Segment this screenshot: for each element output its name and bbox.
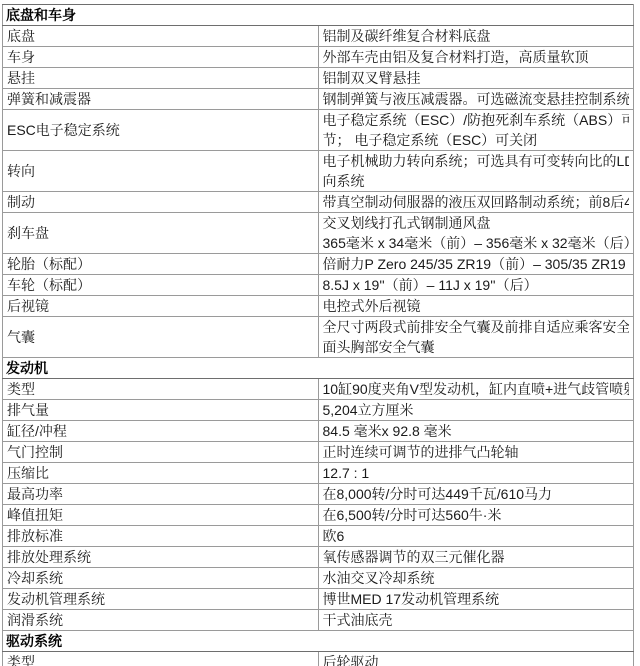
spec-value: 在6,500转/分时可达560牛·米: [318, 505, 634, 526]
table-row: 缸径/冲程84.5 毫米x 92.8 毫米: [3, 421, 634, 442]
table-row: 峰值扭矩在6,500转/分时可达560牛·米: [3, 505, 634, 526]
spec-value: 全尺寸两段式前排安全气囊及前排自适应乘客安全气囊；座椅配备侧面头胸部安全气囊: [318, 317, 634, 358]
spec-value: 交叉划线打孔式钢制通风盘365毫米 x 34毫米（前）– 356毫米 x 32毫…: [318, 213, 634, 254]
spec-value: 带真空制动伺服器的液压双回路制动系统；前8后4活塞铝制卡钳: [318, 192, 634, 213]
table-row: 排放标准欧6: [3, 526, 634, 547]
spec-value-line: 钢制弹簧与液压减震器。可选磁流变悬挂控制系统: [323, 89, 630, 109]
spec-label: 类型: [3, 379, 319, 400]
section-title: 底盘和车身: [3, 5, 634, 26]
spec-value-line: 欧6: [323, 526, 630, 546]
spec-value-line: 5,204立方厘米: [323, 400, 630, 420]
section-header-row: 驱动系统: [3, 631, 634, 652]
spec-value: 84.5 毫米x 92.8 毫米: [318, 421, 634, 442]
spec-label: 润滑系统: [3, 610, 319, 631]
spec-value: 欧6: [318, 526, 634, 547]
spec-label: 刹车盘: [3, 213, 319, 254]
spec-table-body: 底盘和车身底盘铝制及碳纤维复合材料底盘车身外部车壳由铝及复合材料打造，高质量软顶…: [3, 5, 634, 666]
spec-value-line: 在8,000转/分时可达449千瓦/610马力: [323, 484, 630, 504]
spec-value-line: 干式油底壳: [323, 610, 630, 630]
spec-value: 钢制弹簧与液压减震器。可选磁流变悬挂控制系统: [318, 89, 634, 110]
spec-value-line: 铝制双叉臂悬挂: [323, 68, 630, 88]
spec-label: 气囊: [3, 317, 319, 358]
spec-value-line: 10缸90度夹角V型发动机，缸内直喷+进气歧管喷射: [323, 379, 630, 399]
spec-value: 正时连续可调节的进排气凸轮轴: [318, 442, 634, 463]
table-row: 车轮（标配）8.5J x 19''（前）– 11J x 19''（后）: [3, 275, 634, 296]
spec-label: 弹簧和减震器: [3, 89, 319, 110]
spec-value-line: 倍耐力P Zero 245/35 ZR19（前）– 305/35 ZR19（后）: [323, 254, 630, 274]
spec-value: 水油交叉冷却系统: [318, 568, 634, 589]
spec-value: 干式油底壳: [318, 610, 634, 631]
table-row: 排放处理系统氧传感器调节的双三元催化器: [3, 547, 634, 568]
spec-sheet-page: 底盘和车身底盘铝制及碳纤维复合材料底盘车身外部车壳由铝及复合材料打造，高质量软顶…: [0, 0, 640, 666]
spec-value-line: 12.7 : 1: [323, 463, 630, 483]
spec-label: 冷却系统: [3, 568, 319, 589]
spec-value: 电子机械助力转向系统；可选具有可变转向比的LDS兰博基尼动态转向系统: [318, 151, 634, 192]
spec-label: 最高功率: [3, 484, 319, 505]
spec-value: 后轮驱动: [318, 652, 634, 666]
spec-value: 倍耐力P Zero 245/35 ZR19（前）– 305/35 ZR19（后）: [318, 254, 634, 275]
table-row: 气门控制正时连续可调节的进排气凸轮轴: [3, 442, 634, 463]
spec-value-line: 电控式外后视镜: [323, 296, 630, 316]
spec-label: 制动: [3, 192, 319, 213]
table-row: 制动带真空制动伺服器的液压双回路制动系统；前8后4活塞铝制卡钳: [3, 192, 634, 213]
table-row: 冷却系统水油交叉冷却系统: [3, 568, 634, 589]
spec-value: 外部车壳由铝及复合材料打造，高质量软顶: [318, 47, 634, 68]
spec-value-line: 氧传感器调节的双三元催化器: [323, 547, 630, 567]
table-row: 最高功率在8,000转/分时可达449千瓦/610马力: [3, 484, 634, 505]
spec-value-line: 水油交叉冷却系统: [323, 568, 630, 588]
spec-label: ESC电子稳定系统: [3, 110, 319, 151]
spec-value: 10缸90度夹角V型发动机，缸内直喷+进气歧管喷射: [318, 379, 634, 400]
spec-value-line: 铝制及碳纤维复合材料底盘: [323, 26, 630, 46]
table-row: 悬挂铝制双叉臂悬挂: [3, 68, 634, 89]
spec-label: 轮胎（标配）: [3, 254, 319, 275]
spec-label: 后视镜: [3, 296, 319, 317]
table-row: 轮胎（标配）倍耐力P Zero 245/35 ZR19（前）– 305/35 Z…: [3, 254, 634, 275]
spec-value-line: 电子稳定系统（ESC）/防抱死刹车系统（ABS）可通过ANIMA系统调: [323, 110, 630, 130]
table-row: 转向电子机械助力转向系统；可选具有可变转向比的LDS兰博基尼动态转向系统: [3, 151, 634, 192]
spec-value-line: 84.5 毫米x 92.8 毫米: [323, 421, 630, 441]
table-row: 压缩比12.7 : 1: [3, 463, 634, 484]
spec-label: 底盘: [3, 26, 319, 47]
spec-value-line: 在6,500转/分时可达560牛·米: [323, 505, 630, 525]
spec-value-line: 后轮驱动: [323, 652, 630, 666]
table-row: 弹簧和减震器钢制弹簧与液压减震器。可选磁流变悬挂控制系统: [3, 89, 634, 110]
spec-label: 压缩比: [3, 463, 319, 484]
spec-value: 电子稳定系统（ESC）/防抱死刹车系统（ABS）可通过ANIMA系统调节； 电子…: [318, 110, 634, 151]
table-row: 排气量5,204立方厘米: [3, 400, 634, 421]
table-row: 底盘铝制及碳纤维复合材料底盘: [3, 26, 634, 47]
spec-label: 类型: [3, 652, 319, 666]
spec-label: 悬挂: [3, 68, 319, 89]
car-spec-table: 底盘和车身底盘铝制及碳纤维复合材料底盘车身外部车壳由铝及复合材料打造，高质量软顶…: [2, 4, 634, 666]
spec-label: 排放处理系统: [3, 547, 319, 568]
spec-value-line: 面头胸部安全气囊: [323, 337, 630, 357]
spec-label: 排气量: [3, 400, 319, 421]
spec-value-line: 交叉划线打孔式钢制通风盘: [323, 213, 630, 233]
section-header-row: 底盘和车身: [3, 5, 634, 26]
spec-value: 铝制双叉臂悬挂: [318, 68, 634, 89]
spec-label: 排放标准: [3, 526, 319, 547]
spec-label: 缸径/冲程: [3, 421, 319, 442]
spec-value: 氧传感器调节的双三元催化器: [318, 547, 634, 568]
spec-value: 8.5J x 19''（前）– 11J x 19''（后）: [318, 275, 634, 296]
spec-value-line: 向系统: [323, 171, 630, 191]
spec-label: 气门控制: [3, 442, 319, 463]
table-row: ESC电子稳定系统电子稳定系统（ESC）/防抱死刹车系统（ABS）可通过ANIM…: [3, 110, 634, 151]
table-row: 类型10缸90度夹角V型发动机，缸内直喷+进气歧管喷射: [3, 379, 634, 400]
spec-label: 车轮（标配）: [3, 275, 319, 296]
spec-value-line: 365毫米 x 34毫米（前）– 356毫米 x 32毫米（后）: [323, 233, 630, 253]
spec-value: 铝制及碳纤维复合材料底盘: [318, 26, 634, 47]
spec-value: 电控式外后视镜: [318, 296, 634, 317]
spec-value-line: 正时连续可调节的进排气凸轮轴: [323, 442, 630, 462]
spec-value-line: 电子机械助力转向系统；可选具有可变转向比的LDS兰博基尼动态转: [323, 151, 630, 171]
spec-value-line: 博世MED 17发动机管理系统: [323, 589, 630, 609]
table-row: 润滑系统干式油底壳: [3, 610, 634, 631]
spec-value-line: 全尺寸两段式前排安全气囊及前排自适应乘客安全气囊；座椅配备侧: [323, 317, 630, 337]
spec-value-line: 节； 电子稳定系统（ESC）可关闭: [323, 130, 630, 150]
section-title: 驱动系统: [3, 631, 634, 652]
spec-label: 发动机管理系统: [3, 589, 319, 610]
spec-value-line: 8.5J x 19''（前）– 11J x 19''（后）: [323, 275, 630, 295]
spec-value: 5,204立方厘米: [318, 400, 634, 421]
table-row: 发动机管理系统博世MED 17发动机管理系统: [3, 589, 634, 610]
spec-value: 博世MED 17发动机管理系统: [318, 589, 634, 610]
section-title: 发动机: [3, 358, 634, 379]
table-row: 刹车盘交叉划线打孔式钢制通风盘365毫米 x 34毫米（前）– 356毫米 x …: [3, 213, 634, 254]
spec-value-line: 外部车壳由铝及复合材料打造，高质量软顶: [323, 47, 630, 67]
spec-value-line: 带真空制动伺服器的液压双回路制动系统；前8后4活塞铝制卡钳: [323, 192, 630, 212]
spec-label: 峰值扭矩: [3, 505, 319, 526]
table-row: 气囊全尺寸两段式前排安全气囊及前排自适应乘客安全气囊；座椅配备侧面头胸部安全气囊: [3, 317, 634, 358]
spec-value: 在8,000转/分时可达449千瓦/610马力: [318, 484, 634, 505]
spec-label: 转向: [3, 151, 319, 192]
table-row: 类型后轮驱动: [3, 652, 634, 666]
table-row: 车身外部车壳由铝及复合材料打造，高质量软顶: [3, 47, 634, 68]
spec-value: 12.7 : 1: [318, 463, 634, 484]
table-row: 后视镜电控式外后视镜: [3, 296, 634, 317]
section-header-row: 发动机: [3, 358, 634, 379]
spec-label: 车身: [3, 47, 319, 68]
